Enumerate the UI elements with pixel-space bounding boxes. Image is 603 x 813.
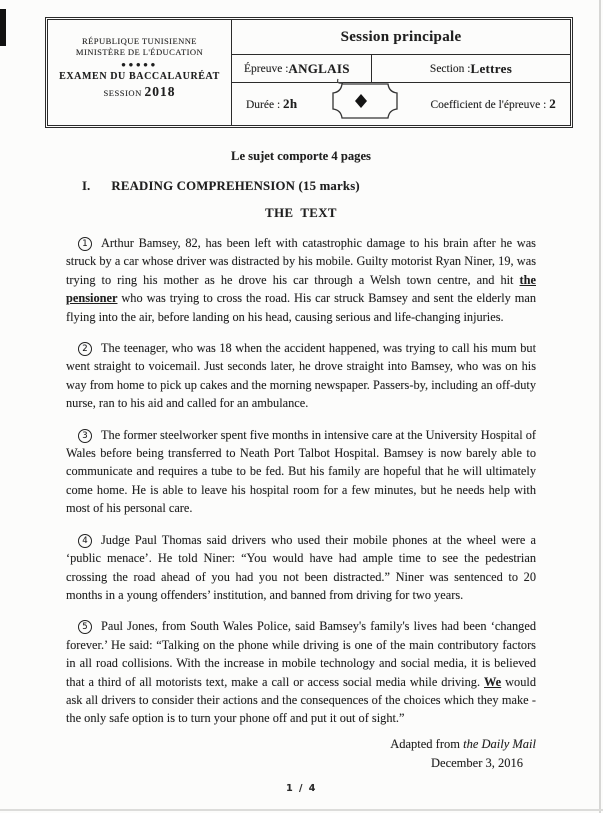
- pages-notice: Le sujet comporte 4 pages: [66, 149, 536, 164]
- text-paragraph-1: 1Arthur Bamsey, 82, has been left with c…: [66, 234, 536, 326]
- section-label: Section :: [430, 63, 471, 75]
- paragraph-text: Arthur Bamsey, 82, has been left with ca…: [66, 236, 536, 287]
- coefficient-value: 2: [549, 96, 556, 111]
- paragraph-text: Judge Paul Thomas said drivers who used …: [66, 533, 536, 602]
- paragraph-marker: 4: [78, 534, 92, 548]
- duree-value: 2h: [283, 96, 297, 111]
- session-year: 2018: [145, 84, 176, 99]
- attribution-line: Adapted from the Daily Mail: [66, 735, 536, 755]
- session-year-line: SESSION 2018: [103, 84, 175, 100]
- epreuve-cell: Épreuve : ANGLAIS: [232, 55, 372, 83]
- epreuve-label: Épreuve :: [244, 63, 288, 75]
- dots-separator-icon: ●●●●●: [121, 60, 158, 69]
- text-paragraph-4: 4Judge Paul Thomas said drivers who used…: [66, 531, 536, 605]
- paragraph-text: The teenager, who was 18 when the accide…: [66, 341, 536, 410]
- page-number: 1 / 4: [0, 783, 603, 794]
- section-heading: I. READING COMPREHENSION (15 marks): [66, 179, 536, 194]
- paragraph-text: Paul Jones, from South Wales Police, sai…: [66, 619, 536, 688]
- attribution-source: the Daily Mail: [463, 737, 536, 751]
- attribution-date: December 3, 2016: [66, 754, 536, 774]
- section-title: READING COMPREHENSION (15 marks): [111, 179, 359, 194]
- section-number: I.: [82, 179, 90, 194]
- duree-field: Durée : 2h: [246, 96, 297, 112]
- exam-page-scan: RÉPUBLIQUE TUNISIENNE MINISTÈRE DE L'ÉDU…: [0, 0, 603, 813]
- scan-edge-bottom: [0, 809, 603, 811]
- institution-block: RÉPUBLIQUE TUNISIENNE MINISTÈRE DE L'ÉDU…: [48, 20, 232, 125]
- session-title: Session principale: [232, 20, 570, 55]
- source-attribution: Adapted from the Daily Mail December 3, …: [66, 735, 536, 774]
- section-cell: Section : Lettres: [372, 55, 570, 83]
- text-paragraph-3: 3The former steelworker spent five month…: [66, 426, 536, 518]
- ministry-line: MINISTÈRE DE L'ÉDUCATION: [76, 47, 203, 58]
- paragraph-marker: 3: [78, 429, 92, 443]
- duree-label: Durée :: [246, 99, 283, 111]
- document-body: Le sujet comporte 4 pages I. READING COM…: [66, 149, 536, 774]
- paragraph-marker: 2: [78, 342, 92, 356]
- republic-line: RÉPUBLIQUE TUNISIENNE: [82, 36, 197, 47]
- attribution-prefix: Adapted from: [390, 737, 463, 751]
- paragraph-marker: 5: [78, 620, 92, 634]
- underlined-phrase: We: [484, 675, 501, 689]
- paragraph-text: The former steelworker spent five months…: [66, 428, 536, 516]
- text-title: THE TEXT: [66, 206, 536, 221]
- epreuve-value: ANGLAIS: [288, 61, 349, 77]
- paragraph-text: who was trying to cross the road. His ca…: [66, 291, 536, 323]
- exam-title: EXAMEN DU BACCALAURÉAT: [59, 70, 220, 83]
- duree-coeff-cell: Durée : 2h Coefficient de l'épreuve : 2: [232, 83, 570, 125]
- section-value: Lettres: [471, 61, 513, 77]
- text-paragraph-5: 5Paul Jones, from South Wales Police, sa…: [66, 617, 536, 727]
- exam-header-table: RÉPUBLIQUE TUNISIENNE MINISTÈRE DE L'ÉDU…: [45, 17, 573, 128]
- coefficient-field: Coefficient de l'épreuve : 2: [430, 96, 556, 112]
- scan-artifact: [0, 9, 6, 46]
- scan-edge-right: [599, 0, 601, 813]
- text-paragraph-2: 2The teenager, who was 18 when the accid…: [66, 339, 536, 413]
- coefficient-label: Coefficient de l'épreuve :: [430, 99, 549, 111]
- paragraph-marker: 1: [78, 237, 92, 251]
- session-label: SESSION: [103, 88, 141, 98]
- stamp-icon: [331, 81, 399, 121]
